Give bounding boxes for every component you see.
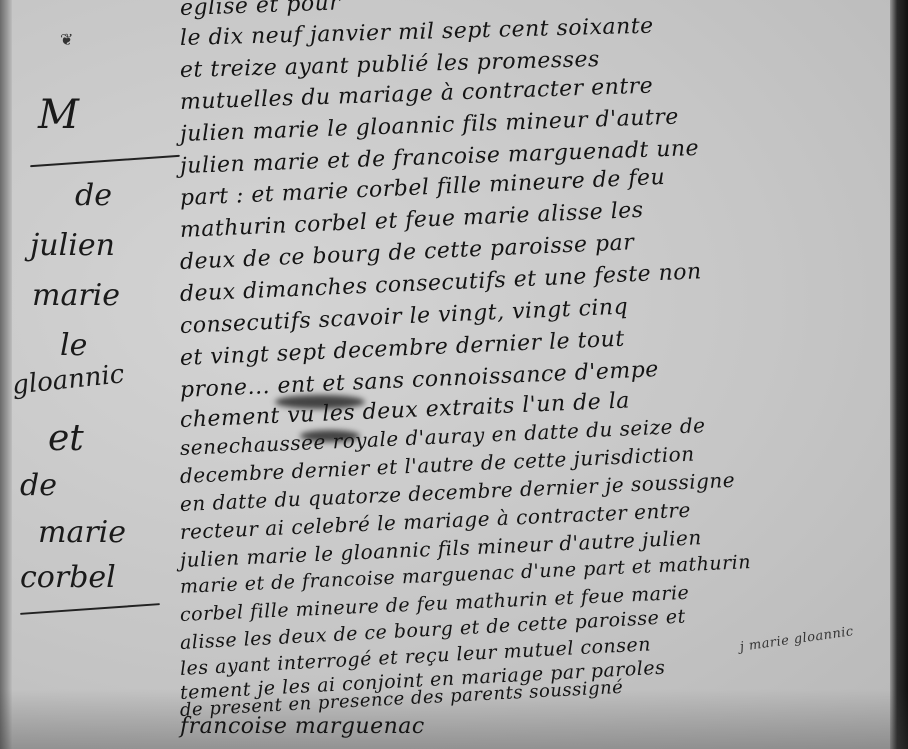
margin-word: gloannic [11, 359, 126, 401]
margin-word: marie [32, 278, 120, 313]
ink-blot [275, 395, 365, 409]
margin-word: et [48, 418, 84, 459]
register-entry-text: eglise et pour le dix neuf janvier mil s… [180, 0, 890, 749]
margin-rule [20, 603, 160, 615]
margin-word: corbel [20, 560, 116, 595]
ink-blot [300, 430, 360, 442]
margin-word: le [60, 328, 87, 363]
text-line: eglise et pour [180, 0, 341, 21]
margin-annotation: M de julien marie le gloannic et de mari… [20, 0, 180, 749]
scanned-register-page: ❦ M de julien marie le gloannic et de ma… [0, 0, 908, 749]
margin-rule [30, 155, 180, 167]
margin-word: M [38, 92, 79, 138]
margin-word: de [20, 468, 57, 503]
margin-word: julien [30, 228, 115, 263]
text-line: le dix neuf janvier mil sept cent soixan… [180, 14, 654, 51]
margin-word: de [75, 178, 112, 213]
margin-word: marie [38, 515, 126, 550]
signature: francoise marguenac [180, 714, 425, 739]
signature-small: j marie gloannic [739, 624, 855, 655]
page-binding-edge [890, 0, 908, 749]
